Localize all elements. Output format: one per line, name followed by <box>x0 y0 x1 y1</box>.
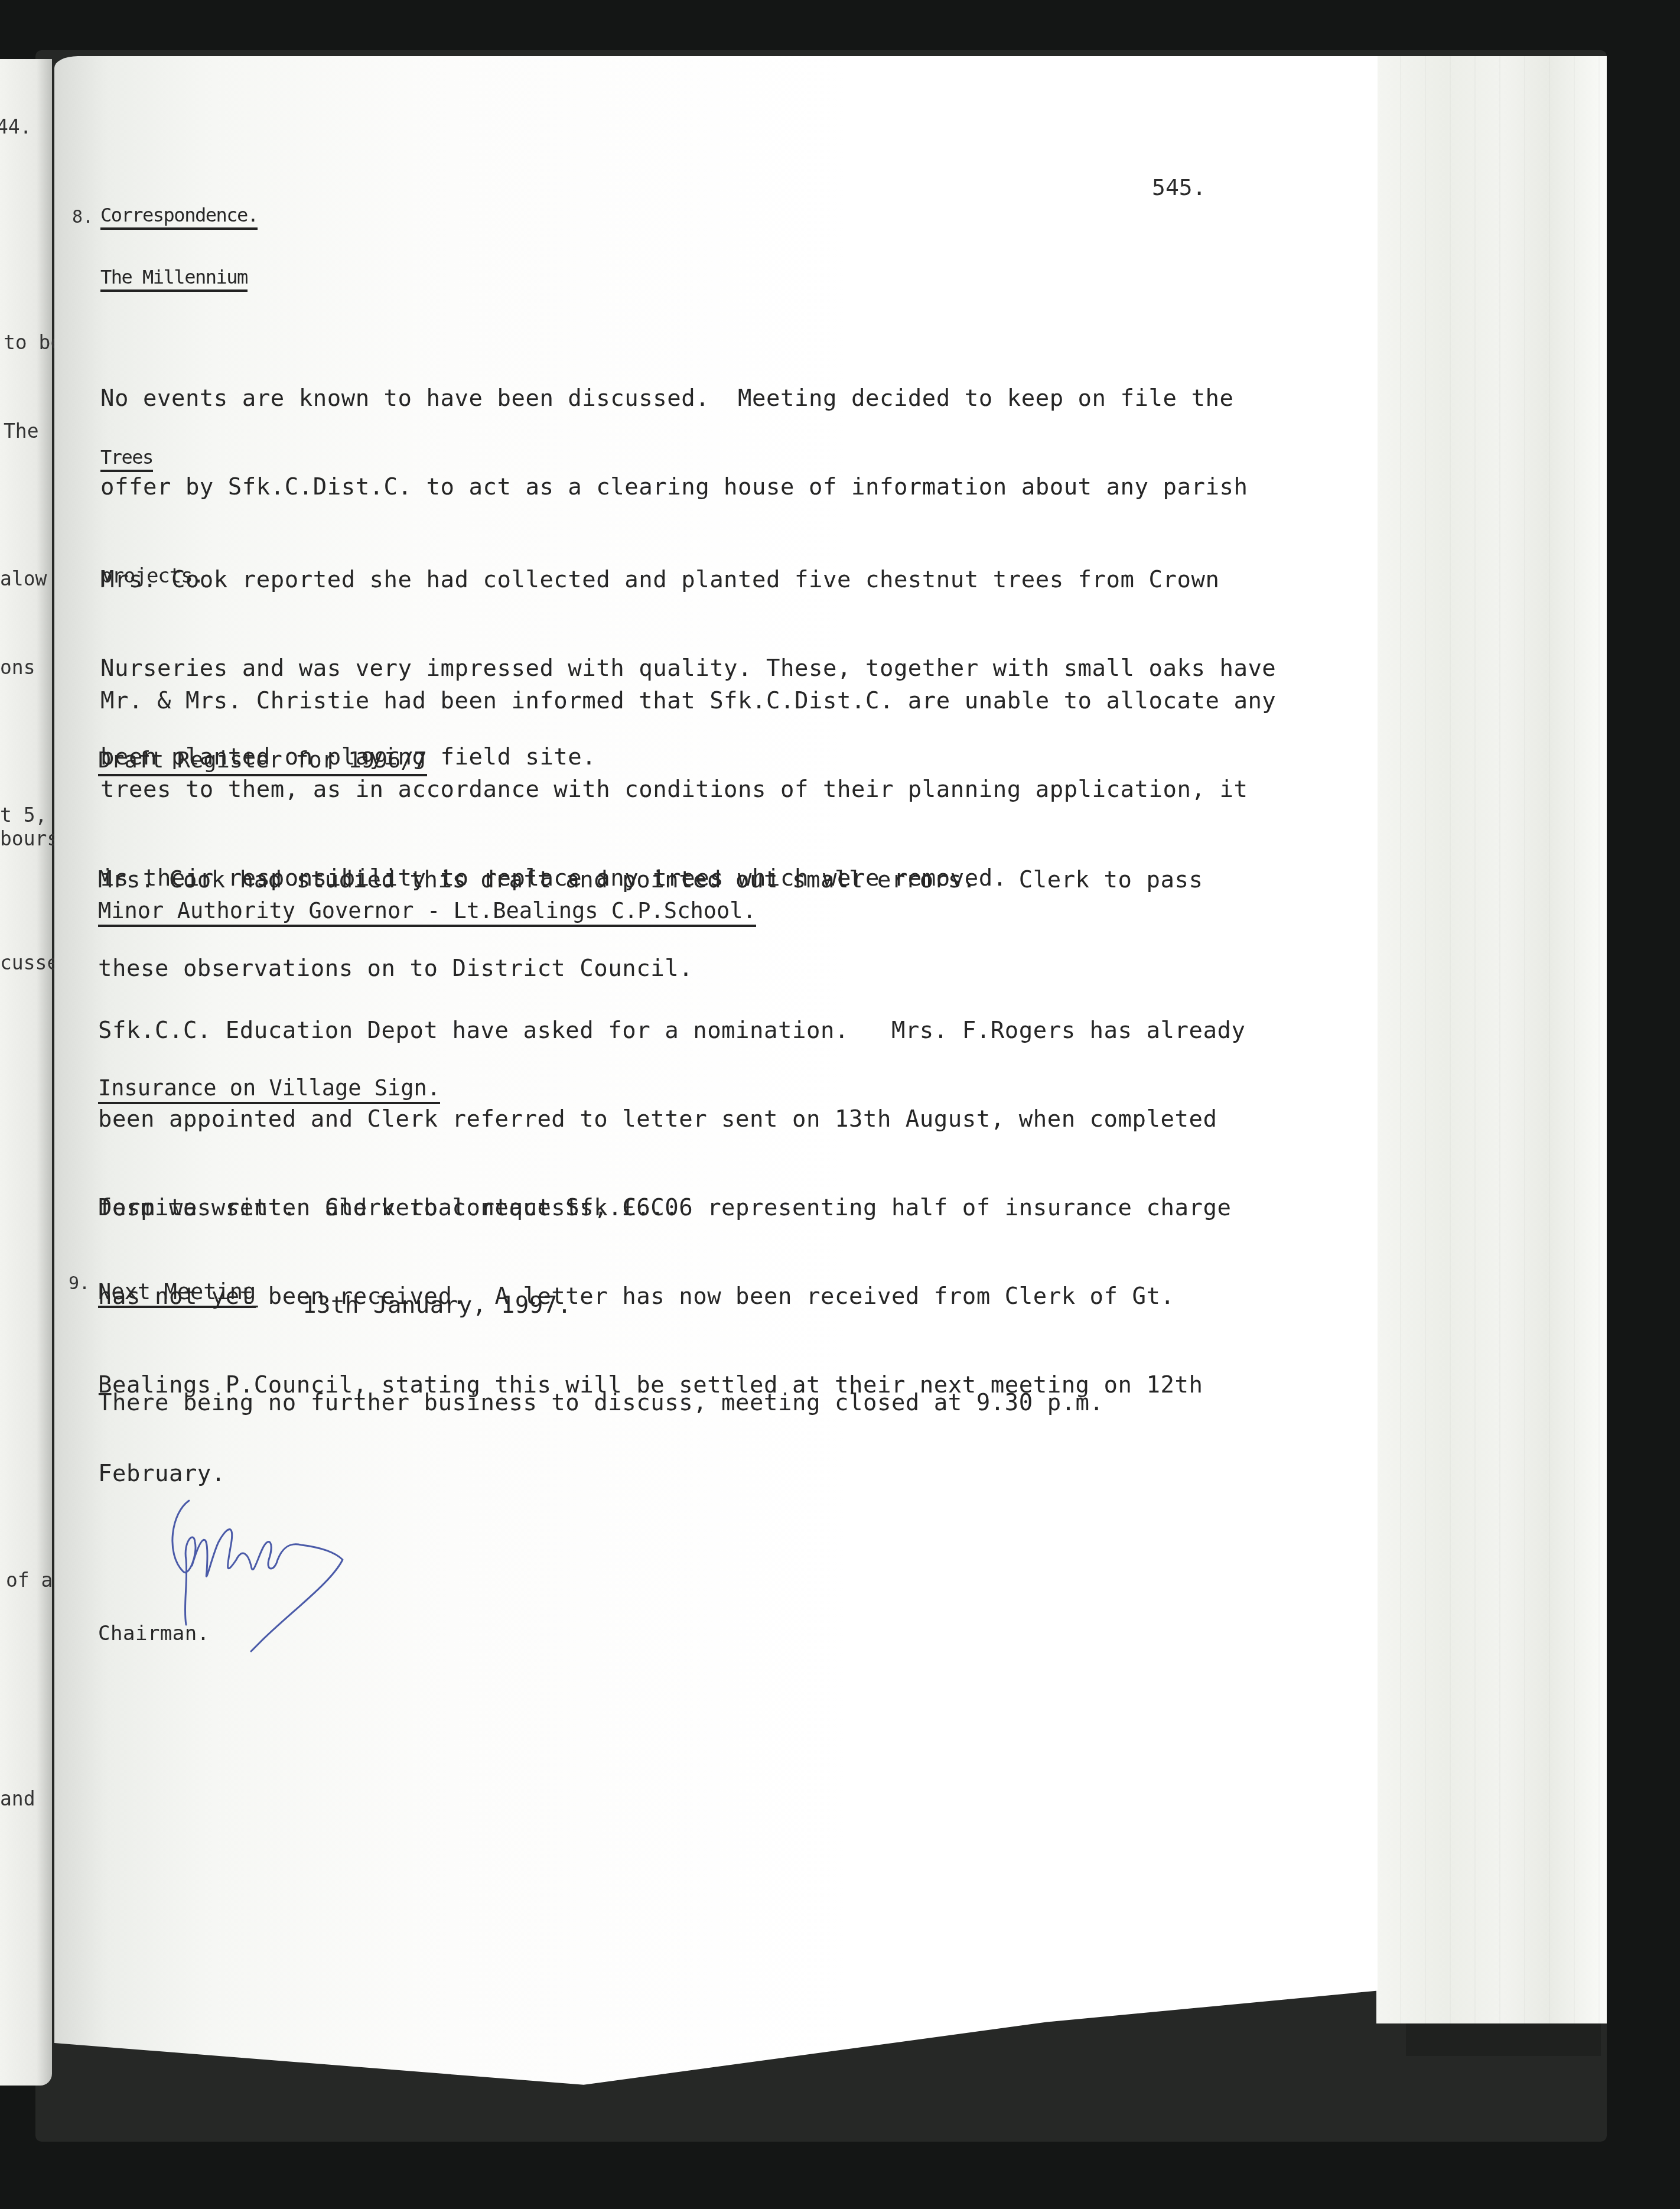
text-line: No events are known to have been discuss… <box>100 384 1248 414</box>
left-page-number: 44. <box>0 115 32 138</box>
page-edges <box>1376 56 1607 2023</box>
subheading-minor-authority: Minor Authority Governor - Lt.Bealings C… <box>98 898 756 927</box>
closing-statement: There being no further business to discu… <box>98 1388 1104 1418</box>
text-line: been appointed and Clerk referred to let… <box>98 1105 1245 1134</box>
text-line: offer by Sfk.C.Dist.C. to act as a clear… <box>100 473 1248 502</box>
item-number-9: 9. <box>69 1273 90 1294</box>
left-fragment: t 5, <box>0 803 47 827</box>
page-number: 545. <box>1152 174 1206 200</box>
text-line: Despite written and verbal requests, £6.… <box>98 1193 1231 1223</box>
next-meeting-separator: - <box>248 1291 262 1320</box>
chairman-signature <box>148 1489 366 1666</box>
text-line: Mrs. Cook reported she had collected and… <box>100 565 1276 595</box>
left-fragment: ons <box>0 656 35 679</box>
item-number-8: 8. <box>72 207 93 227</box>
left-fragment: The <box>4 419 39 443</box>
text-line: trees to them, as in accordance with con… <box>100 775 1276 805</box>
left-fragment: of a <box>6 1569 53 1592</box>
subheading-draft-register: Draft Register for 1996/7 <box>98 747 427 776</box>
text-line: has not yet been received. A letter has … <box>98 1282 1231 1312</box>
subheading-insurance: Insurance on Village Sign. <box>98 1075 440 1104</box>
subheading-trees: Trees <box>100 446 153 472</box>
left-page: 44. to be The alow - ons t 5, bours cuss… <box>0 59 52 2086</box>
section-heading-correspondence: Correspondence. <box>100 204 258 230</box>
text-line: February. <box>98 1459 1231 1489</box>
left-fragment: to be <box>4 331 62 354</box>
text-line: Mrs. Cook had studied this draft and poi… <box>98 866 1203 895</box>
left-fragment: bours <box>0 827 58 850</box>
subheading-millennium: The Millennium <box>100 266 248 292</box>
paragraph-insurance: Despite written and verbal requests, £6.… <box>98 1134 1231 1548</box>
document-page: 545. 8. Correspondence. The Millennium N… <box>54 56 1378 2148</box>
section-heading-next-meeting: Next Meeting <box>98 1279 256 1308</box>
text-line: Sfk.C.C. Education Depot have asked for … <box>98 1016 1245 1046</box>
text-line: Mr. & Mrs. Christie had been informed th… <box>100 687 1276 716</box>
left-fragment: and <box>0 1787 35 1810</box>
next-meeting-date: 13th January, 1997. <box>302 1291 572 1320</box>
